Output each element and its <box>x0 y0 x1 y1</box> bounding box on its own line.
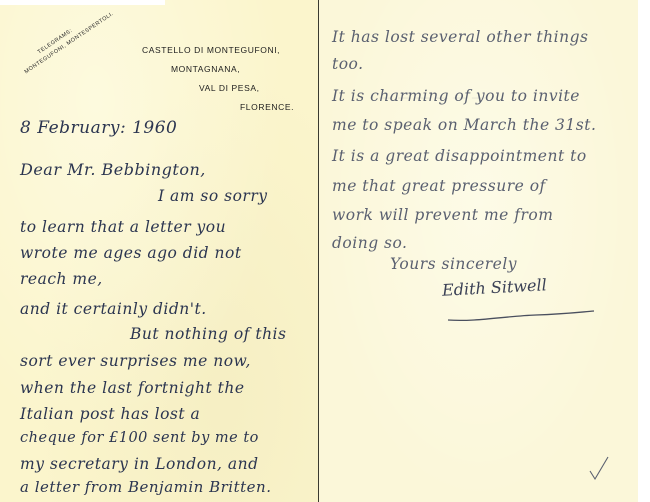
letter-line: too. <box>332 55 364 73</box>
telegram-label: TELEGRAMS: <box>36 3 111 58</box>
letter-line: It is charming of you to invite <box>332 87 580 105</box>
letter-closing: Yours sincerely <box>390 255 517 273</box>
letter-line: reach me, <box>20 270 103 288</box>
letter-line: work will prevent me from <box>332 206 553 224</box>
check-mark-icon <box>588 455 610 481</box>
letter-line: and it certainly didn't. <box>20 300 207 318</box>
letter-line: my secretary in London, and <box>20 455 259 473</box>
letter-line: Italian post has lost a <box>20 405 200 423</box>
letter-line: But nothing of this <box>130 325 286 343</box>
letterhead-address: CASTELLO DI MONTEGUFONI, MONTAGNANA, VAL… <box>142 41 294 117</box>
letterhead-line: MONTAGNANA, <box>171 60 294 79</box>
letter-line: It has lost several other things <box>332 28 588 46</box>
letter-line: wrote me ages ago did not <box>20 244 242 262</box>
letter-line: doing so. <box>332 234 407 252</box>
signature-underline-icon <box>446 310 596 324</box>
scan-edge <box>0 0 165 5</box>
telegram-value: MONTEGUFONI, MONTESPERTOLI. <box>23 10 116 77</box>
salutation: Dear Mr. Bebbington, <box>20 160 206 179</box>
letter-line: cheque for £100 sent by me to <box>20 430 259 446</box>
scan-margin <box>638 0 650 502</box>
letter-line: to learn that a letter you <box>20 218 226 236</box>
telegram-address: TELEGRAMS: MONTEGUFONI, MONTESPERTOLI. <box>18 3 116 77</box>
left-page: TELEGRAMS: MONTEGUFONI, MONTESPERTOLI. C… <box>0 0 318 502</box>
letter-line: It is a great disappointment to <box>332 147 587 165</box>
letter-line: me to speak on March the 31st. <box>332 116 596 134</box>
letterhead-line: VAL DI PESA, <box>199 79 294 98</box>
letterhead-line: CASTELLO DI MONTEGUFONI, <box>142 41 294 60</box>
letter-line: a letter from Benjamin Britten. <box>20 478 271 496</box>
letter-line: when the last fortnight the <box>20 379 245 397</box>
letter-date: 8 February: 1960 <box>20 118 177 138</box>
letter-scan: TELEGRAMS: MONTEGUFONI, MONTESPERTOLI. C… <box>0 0 650 502</box>
letter-line: I am so sorry <box>158 187 268 205</box>
letter-line: me that great pressure of <box>332 177 546 195</box>
letterhead-line: FLORENCE. <box>240 98 294 117</box>
letter-line: sort ever surprises me now, <box>20 352 251 370</box>
